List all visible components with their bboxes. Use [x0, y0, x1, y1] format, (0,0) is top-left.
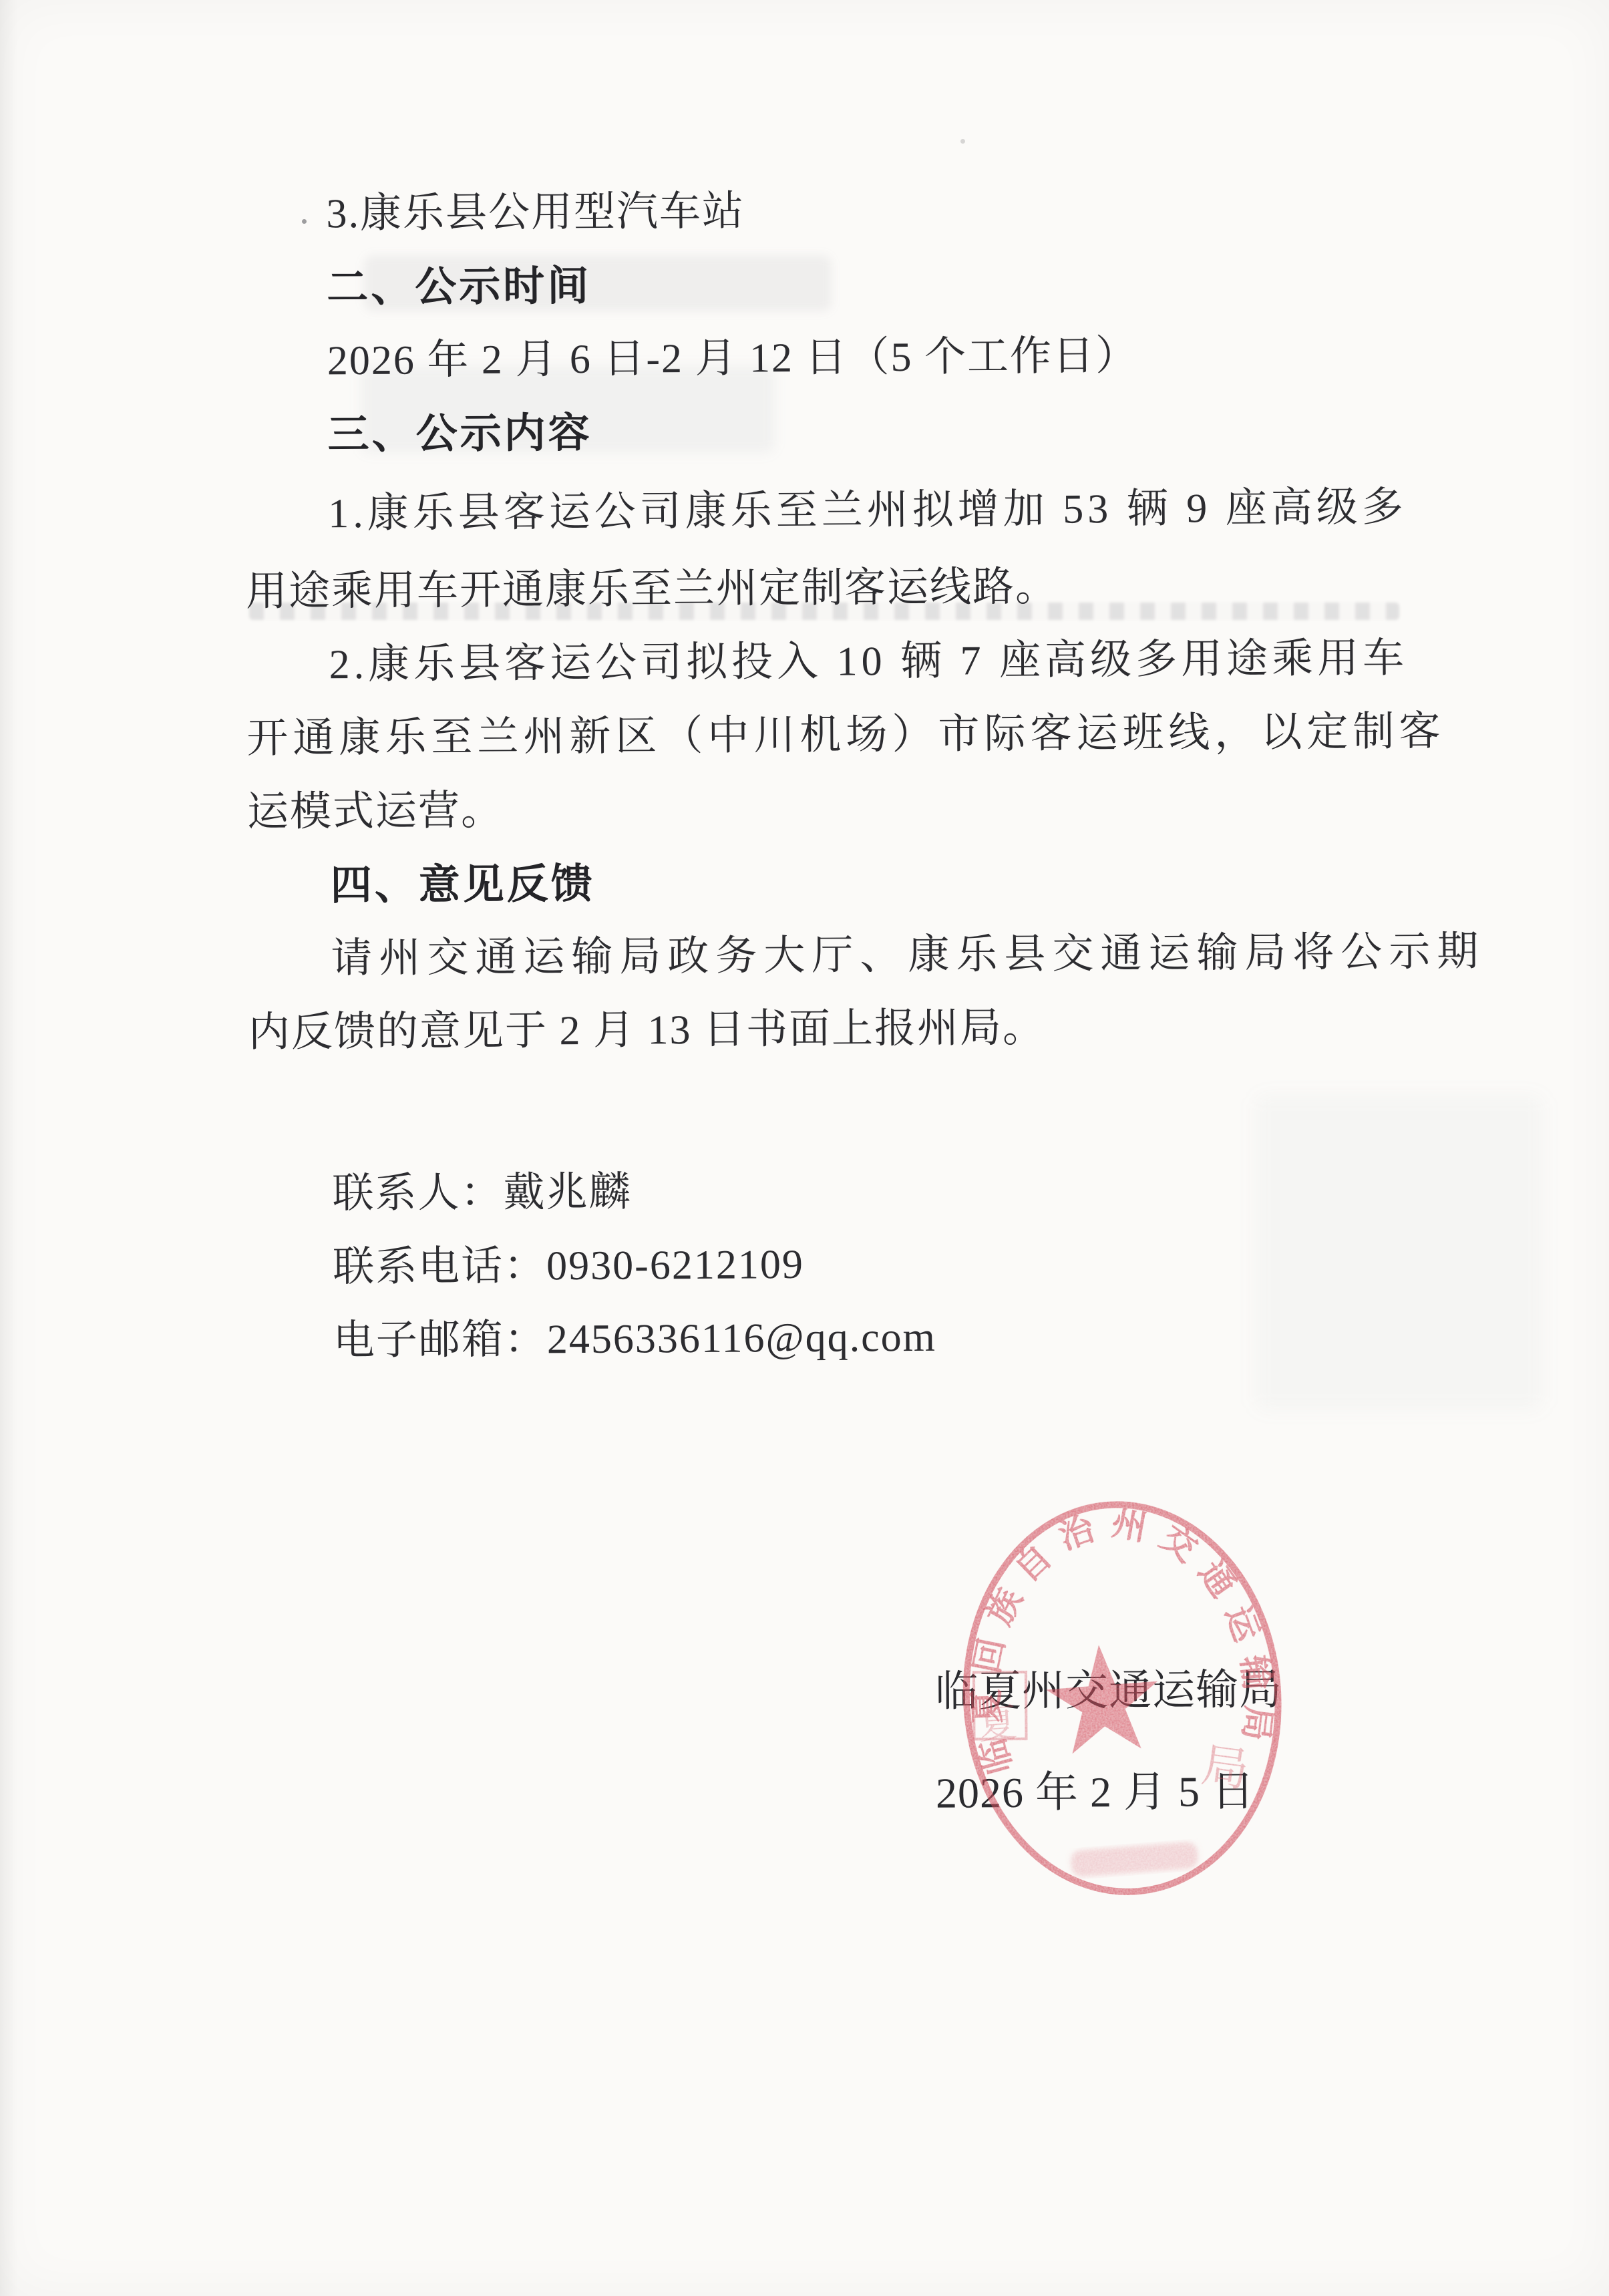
- seal-ghost-char: 局: [1198, 1738, 1252, 1798]
- heading-feedback: 四、意见反馈: [247, 856, 1480, 908]
- seal-bottom-smudge: [1070, 1841, 1198, 1877]
- publicity-date-range: 2026 年 2 月 6 日-2 月 12 日（5 个工作日）: [244, 332, 1477, 383]
- seal-ghost-char: 夏: [976, 1699, 1019, 1748]
- para-1-line-1: 1.康乐县客运公司康乐至兰州拟增加 53 辆 9 座高级多: [245, 485, 1478, 536]
- seal-star-icon: [1043, 1641, 1163, 1755]
- official-seal: 临夏回族自治州交通运输局 夏 局: [934, 1463, 1310, 1933]
- contact-person: 联系人：戴兆麟: [249, 1165, 1482, 1216]
- contact-phone: 联系电话：0930-6212109: [250, 1239, 1483, 1290]
- feedback-line-2: 内反馈的意见于 2 月 13 日书面上报州局。: [248, 1004, 1399, 1055]
- para-2-line-3: 运模式运营。: [247, 784, 1397, 835]
- document-body: 3.康乐县公用型汽车站 二、公示时间 2026 年 2 月 6 日-2 月 12…: [0, 0, 1609, 2296]
- contact-email: 电子邮箱：2456336116@qq.com: [250, 1312, 1483, 1363]
- para-2-line-2: 开通康乐至兰州新区（中川机场）市际客运班线，以定制客: [246, 710, 1397, 762]
- heading-publicity-content: 三、公示内容: [244, 405, 1477, 457]
- scanned-document-page: 3.康乐县公用型汽车站 二、公示时间 2026 年 2 月 6 日-2 月 12…: [0, 0, 1609, 2296]
- para-1-line-2: 用途乘用车开通康乐至兰州定制客运线路。: [246, 563, 1396, 615]
- para-2-line-1: 2.康乐县客运公司拟投入 10 辆 7 座高级多用途乘用车: [246, 636, 1479, 687]
- heading-publicity-time: 二、公示时间: [244, 259, 1477, 310]
- list-item-station-3: 3.康乐县公用型汽车站: [243, 185, 1476, 236]
- feedback-line-1: 请州交通运输局政务大厅、康乐县交通运输局将公示期: [248, 930, 1481, 981]
